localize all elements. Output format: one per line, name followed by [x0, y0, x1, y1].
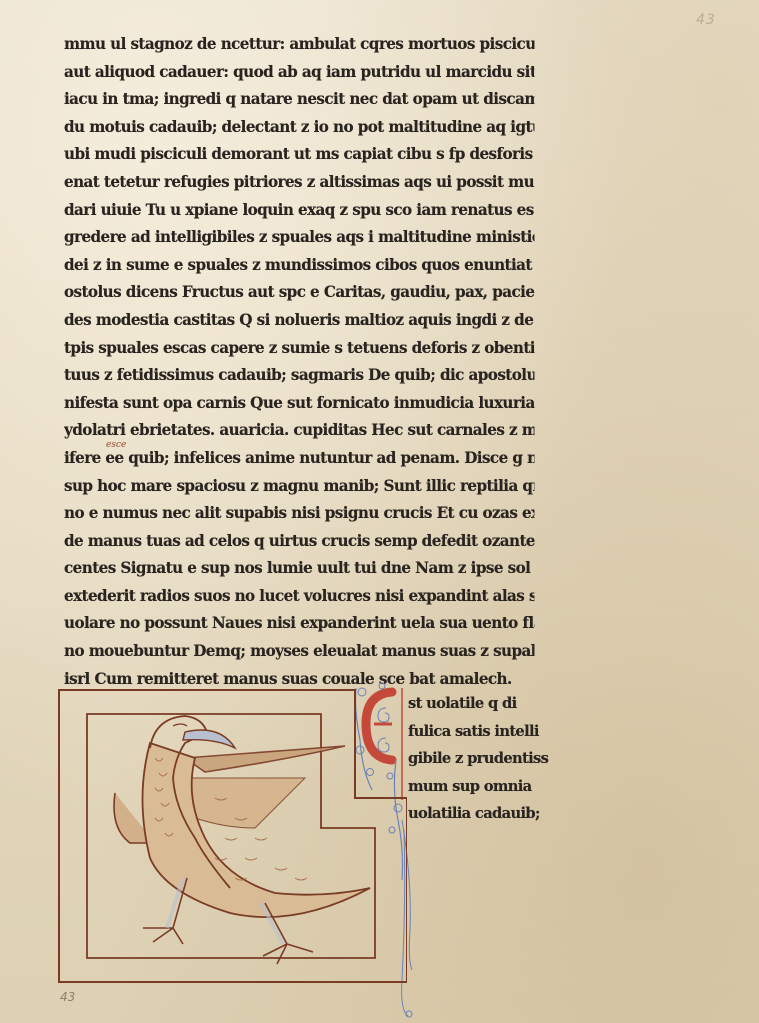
text-line: nifesta sunt opa carnis Que sut fornicat…: [64, 389, 534, 417]
text-line: no mouebuntur Demq; moyses eleualat manu…: [64, 637, 534, 665]
text-line: extederit radios suos no lucet volucres …: [64, 582, 534, 610]
text-line: tuus z fetidissimus cadauib; sagmaris De…: [64, 361, 534, 389]
chapter-text-line: gibile z prudentiss: [408, 745, 555, 773]
text-line: dei z in sume e spuales z mundissimos ci…: [64, 251, 534, 279]
chapter-text-line: st uolatile q di: [408, 690, 555, 718]
text-line: iacu in tma; ingredi q natare nescit nec…: [64, 85, 534, 113]
bird-illustration: [55, 688, 407, 988]
text-line: dari uiuie Tu u xpiane loquin exaq z spu…: [64, 196, 534, 224]
text-line: centes Signatu e sup nos lumie uult tui …: [64, 554, 534, 582]
folio-number-bottom: 43: [60, 990, 75, 1004]
text-line: enat tetetur refugies pitriores z altiss…: [64, 168, 534, 196]
text-line: des modestia castitas Q si nolueris malt…: [64, 306, 534, 334]
chapter-text-block: st uolatile q di fulica satis intelli gi…: [408, 690, 558, 828]
text-line: ifere ee quib; infelices anime nutuntur …: [64, 444, 534, 472]
text-line: ostolus dicens Fructus aut spc e Caritas…: [64, 278, 534, 306]
text-line: de manus tuas ad celos q uirtus crucis s…: [64, 527, 534, 555]
chapter-text-line: uolatilia cadauib;: [408, 800, 555, 828]
manuscript-folio: 43 mmu ul stagnoz de ncettur: ambulat cq…: [0, 0, 759, 1023]
text-line: uolare no possunt Naues nisi expanderint…: [64, 609, 534, 637]
text-line: gredere ad intelligibiles z spuales aqs …: [64, 223, 534, 251]
bird-icon: [55, 688, 407, 988]
text-line: aut aliquod cadauer: quod ab aq iam putr…: [64, 58, 534, 86]
chapter-text-line: fulica satis intelli: [408, 718, 555, 746]
text-line: ubi mudi pisciculi demorant ut ms capiat…: [64, 140, 534, 168]
folio-number-top: 43: [696, 12, 716, 28]
main-text-block: mmu ul stagnoz de ncettur: ambulat cqres…: [64, 30, 544, 692]
interlinear-gloss: esce: [106, 440, 126, 450]
text-line: ydolatri ebrietates. auaricia. cupiditas…: [64, 416, 534, 444]
text-line: du motuis cadauib; delectant z io no pot…: [64, 113, 534, 141]
text-line: sup hoc mare spaciosu z magnu manib; Sun…: [64, 472, 534, 500]
text-line: no e numus nec alit supabis nisi psignu …: [64, 499, 534, 527]
text-line: tpis spuales escas capere z sumie s tetu…: [64, 334, 534, 362]
text-line: mmu ul stagnoz de ncettur: ambulat cqres…: [64, 30, 534, 58]
chapter-text-line: mum sup omnia: [408, 773, 555, 801]
